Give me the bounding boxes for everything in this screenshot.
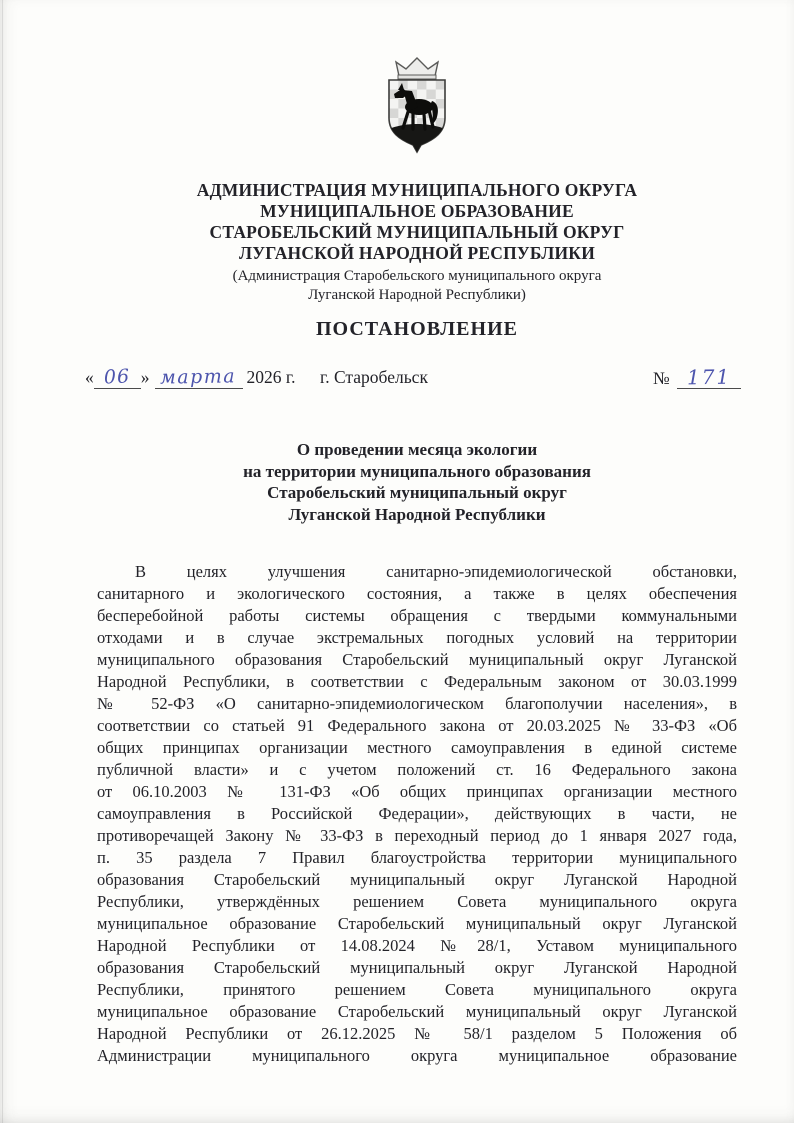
body-line: № 52-ФЗ «О санитарно-эпидемиологическом … (97, 693, 737, 715)
body-line: Народной Республики от 26.12.2025 № 58/1… (97, 1023, 737, 1045)
body-line: муниципальное образование Старобельский … (97, 1001, 737, 1023)
number-sign: № (653, 368, 670, 388)
body-line: Администрации муниципального округа муни… (97, 1045, 737, 1067)
organization-name-line: МУНИЦИПАЛЬНОЕ ОБРАЗОВАНИЕ (97, 201, 737, 222)
organization-name-line: АДМИНИСТРАЦИЯ МУНИЦИПАЛЬНОГО ОКРУГА (97, 180, 737, 201)
organization-short-name-line: (Администрация Старобельского муниципаль… (97, 267, 737, 286)
body-line: отходами и в случае экстремальных погодн… (97, 627, 737, 649)
document-type-heading: ПОСТАНОВЛЕНИЕ (97, 318, 737, 341)
body-line: Народной Республики, в соответствии с Фе… (97, 671, 737, 693)
year-label: 2026 г. (247, 367, 296, 387)
organization-short-name: (Администрация Старобельского муниципаль… (97, 267, 737, 304)
organization-short-name-line: Луганской Народной Республики) (97, 286, 737, 305)
organization-name-line: СТАРОБЕЛЬСКИЙ МУНИЦИПАЛЬНЫЙ ОКРУГ (97, 222, 737, 243)
coat-of-arms-icon (379, 54, 455, 158)
decree-title-line: Старобельский муниципальный округ (97, 482, 737, 504)
decree-title-line: на территории муниципального образования (97, 461, 737, 483)
handwritten-day: 06 (104, 367, 131, 388)
body-line: от 06.10.2003 № 131-ФЗ «Об общих принцип… (97, 781, 737, 803)
day-blank: 06 (94, 368, 141, 389)
decree-title-line: Луганской Народной Республики (97, 504, 737, 526)
body-line: п. 35 раздела 7 Правил благоустройства т… (97, 847, 737, 869)
body-line: санитарного и экологического состояния, … (97, 583, 737, 605)
body-line: муниципальное образование Старобельский … (97, 913, 737, 935)
handwritten-month: марта (160, 367, 236, 388)
body-line: Республики, утверждённых решением Совета… (97, 891, 737, 913)
body-line: общих принципах организации местного сам… (97, 737, 737, 759)
page-content: АДМИНИСТРАЦИЯ МУНИЦИПАЛЬНОГО ОКРУГАМУНИЦ… (97, 54, 737, 1067)
organization-name-line: ЛУГАНСКОЙ НАРОДНОЙ РЕСПУБЛИКИ (97, 243, 737, 264)
body-line: образования Старобельский муниципальный … (97, 957, 737, 979)
body-line: публичной власти» и с учетом положений с… (97, 759, 737, 781)
date-and-number-row: «06»марта2026 г. г. Старобельск №171 (97, 367, 737, 409)
body-line: соответствии со статьей 91 Федерального … (97, 715, 737, 737)
body-line: муниципального образования Старобельский… (97, 649, 737, 671)
number-group: №171 (653, 367, 741, 389)
body-line: противоречащей Закону № 33-ФЗ в переходн… (97, 825, 737, 847)
organization-name: АДМИНИСТРАЦИЯ МУНИЦИПАЛЬНОГО ОКРУГАМУНИЦ… (97, 180, 737, 264)
body-line: Республики, принятого решением Совета му… (97, 979, 737, 1001)
body-line: самоуправления в Российской Федерации», … (97, 803, 737, 825)
date-group: «06»марта2026 г. (85, 367, 295, 389)
scanned-decree-page: АДМИНИСТРАЦИЯ МУНИЦИПАЛЬНОГО ОКРУГАМУНИЦ… (0, 0, 794, 1123)
body-line: образования Старобельский муниципальный … (97, 869, 737, 891)
body-line: В целях улучшения санитарно-эпидемиологи… (97, 561, 737, 583)
decree-title: О проведении месяца экологиина территори… (97, 439, 737, 525)
city-label: г. Старобельск (320, 367, 428, 388)
number-blank: 171 (677, 367, 741, 389)
body-paragraph: В целях улучшения санитарно-эпидемиологи… (97, 561, 737, 1067)
close-quote: » (141, 367, 150, 387)
month-blank: марта (155, 368, 243, 389)
body-line: Народной Республики от 14.08.2024 №28/1,… (97, 935, 737, 957)
coat-of-arms-emblem (97, 54, 737, 158)
open-quote: « (85, 367, 94, 387)
body-line: бесперебойной работы системы обращения с… (97, 605, 737, 627)
handwritten-number: 171 (686, 367, 731, 389)
decree-title-line: О проведении месяца экологии (97, 439, 737, 461)
